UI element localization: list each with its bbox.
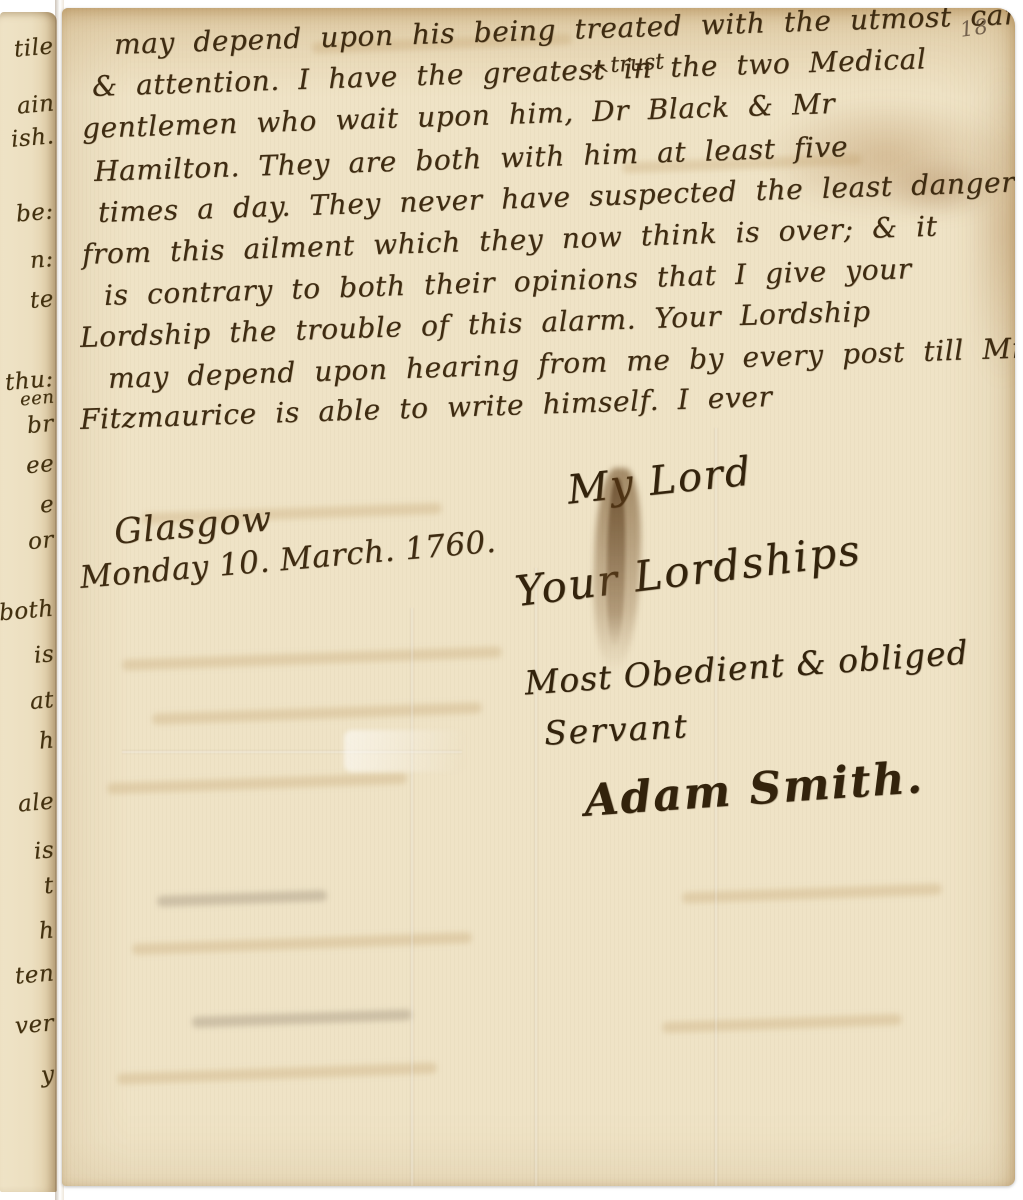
facing-page-fragment: br: [26, 411, 55, 439]
crease-highlight: [344, 730, 464, 772]
facing-page-fragment: y: [39, 1061, 55, 1088]
facing-page-fragment: at: [29, 687, 55, 715]
facing-page-fragment: ale: [17, 788, 55, 817]
closing-compliment: Servant: [543, 706, 690, 753]
facing-page-fragment: ver: [14, 1010, 55, 1039]
facing-page-edge: tile ain ish. be: n: te thu: een br ee e…: [0, 12, 57, 1192]
facing-page-fragment: h: [38, 917, 56, 944]
facing-page-fragment: e: [39, 491, 55, 518]
facing-page-fragment: be:: [15, 198, 55, 227]
fold-crease: [410, 608, 414, 1186]
inserted-word-text: trust: [610, 49, 665, 78]
fold-crease: [534, 568, 538, 1186]
facing-page-fragment: ten: [14, 960, 55, 989]
caret-mark: ^: [588, 61, 612, 92]
letter-page: 18 may depend upon his being treated wit…: [62, 8, 1015, 1186]
facing-page-fragment: n:: [29, 246, 55, 274]
facing-page-fragment: is: [33, 641, 55, 669]
facing-page-fragment: h: [38, 727, 56, 754]
facing-page-fragment: or: [27, 527, 55, 555]
facing-page-fragment: t: [43, 873, 55, 900]
manuscript-photo: tile ain ish. be: n: te thu: een br ee e…: [0, 0, 1023, 1200]
facing-page-fragment: is: [33, 837, 55, 865]
facing-page-fragment: ish.: [10, 123, 55, 153]
facing-page-fragment: tile: [13, 33, 55, 62]
facing-page-fragment: both: [0, 596, 55, 627]
facing-page-fragment: een: [19, 387, 55, 411]
facing-page-fragment: ain: [16, 90, 56, 119]
facing-page-fragment: ee: [25, 451, 55, 479]
inserted-word: ^trust: [589, 49, 665, 79]
facing-page-fragment: te: [29, 286, 55, 314]
